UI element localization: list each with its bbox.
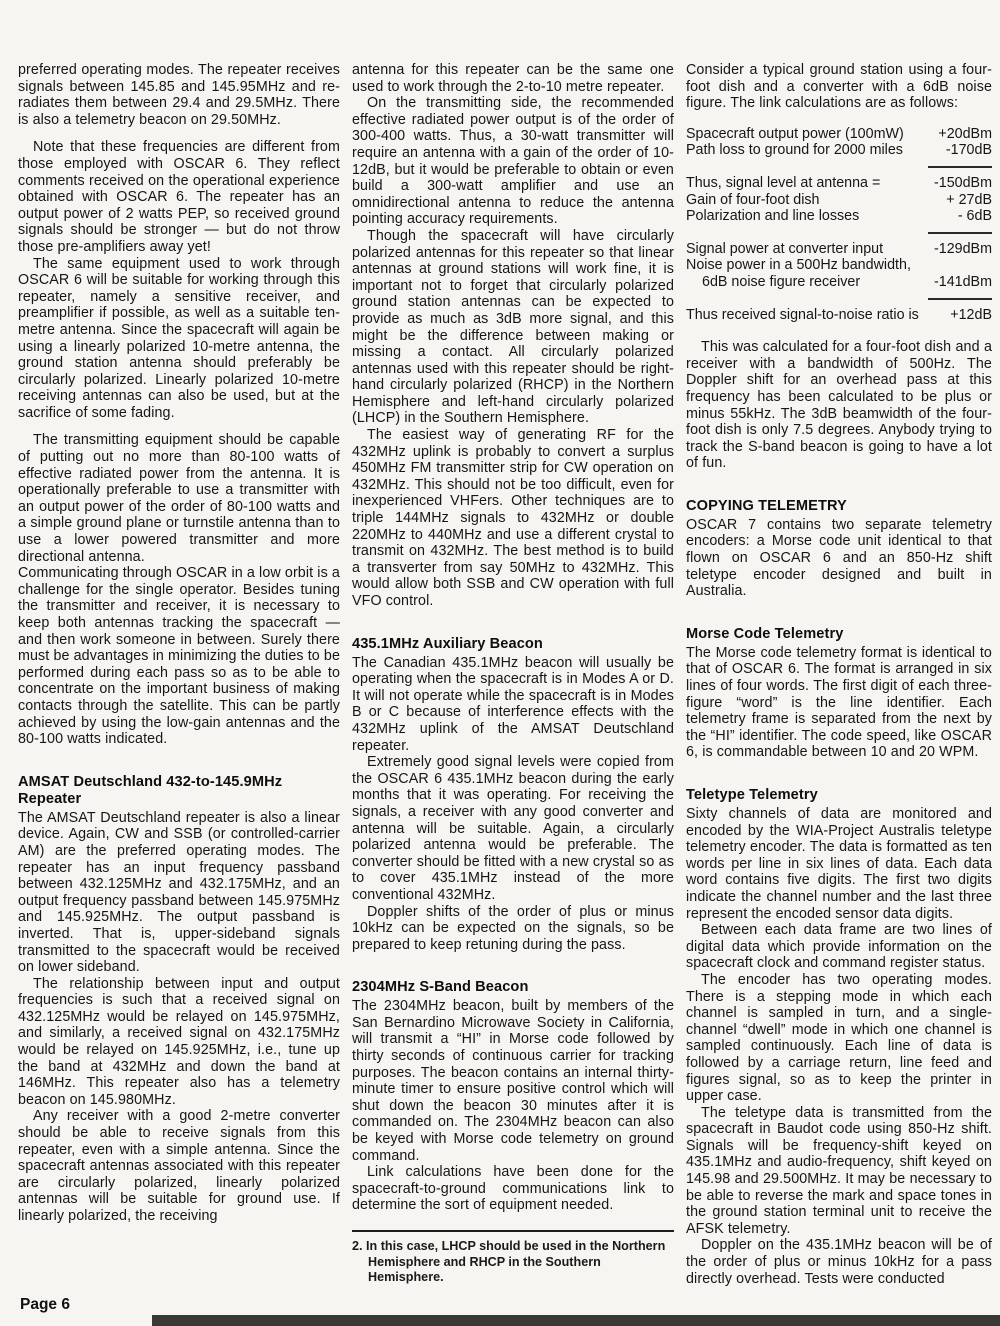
row-label: 6dB noise figure receiver [686, 274, 860, 291]
row-label: Polarization and line losses [686, 208, 859, 225]
paragraph: Though the spacecraft will have circular… [352, 228, 674, 427]
paragraph: preferred operating modes. The repeater … [18, 62, 340, 128]
paragraph: OSCAR 7 contains two separate telemetry … [686, 517, 992, 600]
row-label: Noise power in a 500Hz bandwidth, [686, 257, 911, 274]
row-label: Gain of four-foot dish [686, 192, 820, 209]
paragraph: On the transmitting side, the recommende… [352, 95, 674, 228]
magazine-page: preferred operating modes. The repeater … [0, 0, 1000, 1326]
paragraph: Doppler shifts of the order of plus or m… [352, 904, 674, 954]
paragraph: The teletype data is transmitted from th… [686, 1105, 992, 1238]
row-value: - 6dB [958, 208, 992, 225]
section-heading-2304mhz-sband-beacon: 2304MHz S-Band Beacon [352, 979, 674, 996]
paragraph: Doppler on the 435.1MHz beacon will be o… [686, 1237, 992, 1287]
section-heading-morse-code-telemetry: Morse Code Telemetry [686, 626, 992, 643]
row-label: Signal power at converter input [686, 241, 883, 258]
paragraph: The Canadian 435.1MHz beacon will usuall… [352, 655, 674, 755]
sum-rule [928, 232, 992, 234]
paragraph: Note that these frequencies are differen… [18, 139, 340, 255]
page-number: Page 6 [20, 1296, 70, 1314]
table-row: Spacecraft output power (100mW) +20dBm [686, 126, 992, 143]
footnote-divider [352, 1230, 674, 1232]
table-row: 6dB noise figure receiver -141dBm [686, 274, 992, 291]
paragraph: The 2304MHz beacon, built by members of … [352, 998, 674, 1164]
row-label: Thus received signal-to-noise ratio is [686, 307, 919, 324]
row-label: Thus, signal level at antenna = [686, 175, 880, 192]
table-row: Path loss to ground for 2000 miles -170d… [686, 142, 992, 159]
paragraph: Any receiver with a good 2-metre convert… [18, 1108, 340, 1224]
paragraph: Between each data frame are two lines of… [686, 922, 992, 972]
table-row: Thus, signal level at antenna = -150dBm [686, 175, 992, 192]
paragraph: Communicating through OSCAR in a low orb… [18, 565, 340, 748]
paragraph: The encoder has two operating modes. The… [686, 972, 992, 1105]
three-column-layout: preferred operating modes. The repeater … [0, 0, 1000, 1287]
paragraph: The same equipment used to work through … [18, 256, 340, 422]
row-value: +20dBm [938, 126, 992, 143]
link-budget-table: Spacecraft output power (100mW) +20dBm P… [686, 126, 992, 323]
table-row: Gain of four-foot dish + 27dB [686, 192, 992, 209]
sum-rule [928, 298, 992, 300]
paragraph: The easiest way of generating RF for the… [352, 427, 674, 610]
paragraph: Link calculations have been done for the… [352, 1164, 674, 1214]
section-heading-copying-telemetry: COPYING TELEMETRY [686, 498, 992, 515]
paragraph: Sixty channels of data are monitored and… [686, 806, 992, 922]
paragraph: Consider a typical ground station using … [686, 62, 992, 112]
row-value: + 27dB [946, 192, 992, 209]
row-label: Spacecraft output power (100mW) [686, 126, 904, 143]
paragraph: The transmitting equipment should be cap… [18, 432, 340, 565]
paragraph: antenna for this repeater can be the sam… [352, 62, 674, 95]
column-right: Consider a typical ground station using … [686, 62, 992, 1287]
row-value: -141dBm [934, 274, 992, 291]
section-heading-435mhz-auxiliary-beacon: 435.1MHz Auxiliary Beacon [352, 636, 674, 653]
row-label: Path loss to ground for 2000 miles [686, 142, 903, 159]
paragraph: Extremely good signal levels were copied… [352, 754, 674, 903]
paragraph: The relationship between input and outpu… [18, 976, 340, 1109]
sum-rule [928, 166, 992, 168]
paragraph: The Morse code telemetry format is ident… [686, 645, 992, 761]
row-value: -150dBm [934, 175, 992, 192]
paragraph: The AMSAT Deutschland repeater is also a… [18, 810, 340, 976]
footnote: 2. In this case, LHCP should be used in … [352, 1239, 674, 1286]
column-left: preferred operating modes. The repeater … [18, 62, 340, 1287]
table-row: Thus received signal-to-noise ratio is +… [686, 307, 992, 324]
section-heading-amsat-deutschland-repeater: AMSAT Deutschland 432-to-145.9MHz Repeat… [18, 774, 340, 808]
table-row: Signal power at converter input -129dBm [686, 241, 992, 258]
table-row: Noise power in a 500Hz bandwidth, [686, 257, 992, 274]
column-middle: antenna for this repeater can be the sam… [352, 62, 674, 1287]
row-value: -170dB [946, 142, 992, 159]
row-value: -129dBm [934, 241, 992, 258]
row-value: +12dB [950, 307, 992, 324]
bottom-scan-bar [152, 1315, 1000, 1326]
paragraph: This was calculated for a four-foot dish… [686, 339, 992, 472]
table-row: Polarization and line losses - 6dB [686, 208, 992, 225]
section-heading-teletype-telemetry: Teletype Telemetry [686, 787, 992, 804]
